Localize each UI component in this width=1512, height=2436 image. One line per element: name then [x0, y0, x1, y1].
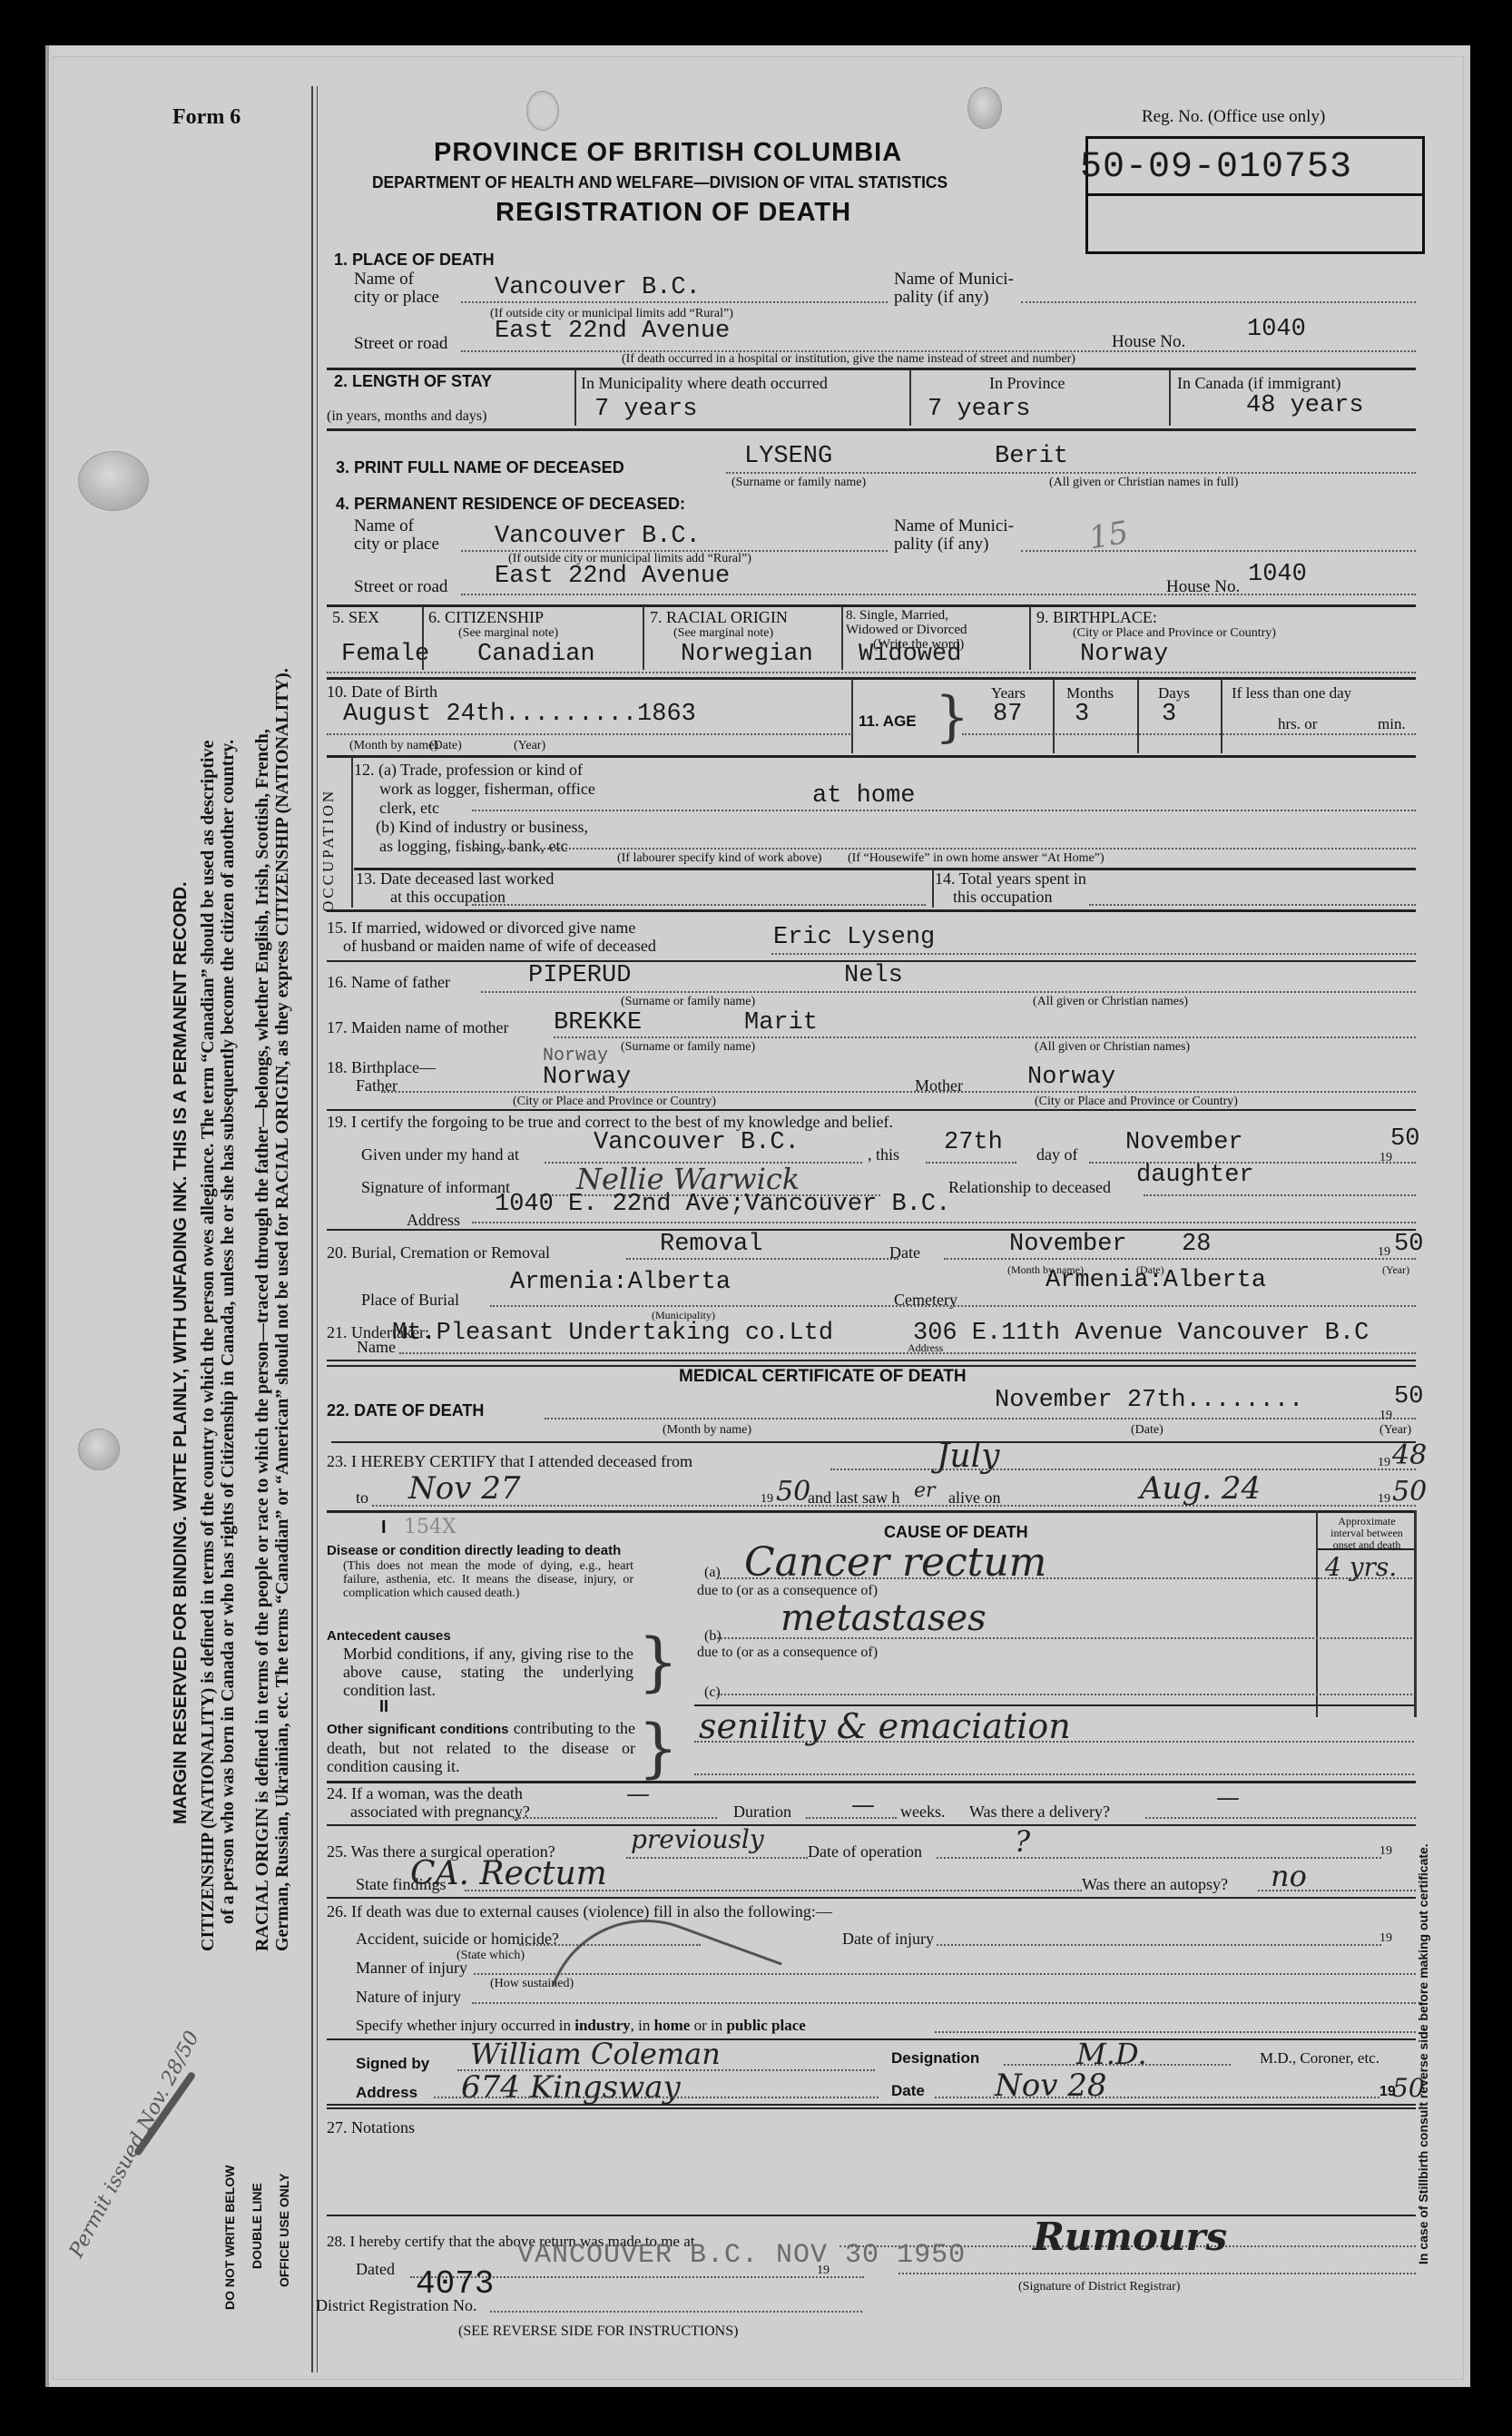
- age-months-value[interactable]: 3: [1075, 701, 1089, 728]
- stay-municipality-value[interactable]: 7 years: [594, 396, 697, 423]
- pencil-code: 154X: [404, 1516, 457, 1538]
- this-label: , this: [868, 1145, 899, 1164]
- mother-birthplace[interactable]: Norway: [1027, 1064, 1115, 1091]
- given-caption: (All given or Christian names in full): [1049, 476, 1238, 490]
- citizenship-value[interactable]: Canadian: [477, 641, 595, 668]
- dod-month-caption: (Month by name): [663, 1423, 751, 1438]
- spouse-name[interactable]: Eric Lyseng: [773, 924, 935, 951]
- due-to-b: due to (or as a consequence of): [697, 1645, 878, 1661]
- sex-value[interactable]: Female: [341, 641, 429, 668]
- age-days-label: Days: [1158, 684, 1190, 702]
- q26-label: 26. If death was due to external causes …: [327, 1902, 832, 1921]
- punch-hole: [967, 87, 1002, 129]
- certifier-year[interactable]: 50: [1392, 2073, 1425, 2103]
- sex-label: 5. SEX: [332, 608, 379, 627]
- marital-status-value[interactable]: Widowed: [859, 641, 961, 668]
- direct-cause-heading: Disease or condition directly leading to…: [327, 1543, 621, 1558]
- less-than-day-label: If less than one day: [1232, 684, 1351, 702]
- delivery-value[interactable]: —: [1216, 1784, 1240, 1812]
- to-label: to: [356, 1488, 368, 1508]
- direct-cause-note: (This does not mean the mode of dying, e…: [343, 1559, 633, 1600]
- informant-day[interactable]: 27th: [944, 1129, 1003, 1156]
- municipality-label: Name of Munici-pality (if any): [894, 270, 1014, 307]
- father-place-caption: (City or Place and Province or Country): [513, 1095, 716, 1109]
- last-alive-year[interactable]: 50: [1392, 1476, 1427, 1508]
- q20-label: 20. Burial, Cremation or Removal: [327, 1243, 550, 1262]
- dob-date-caption: (Date): [429, 739, 462, 753]
- designation-value[interactable]: M.D.: [1076, 2037, 1147, 2071]
- dod-year[interactable]: 50: [1394, 1383, 1423, 1410]
- day-of-label: day of: [1036, 1145, 1077, 1164]
- stay-canada-label: In Canada (if immigrant): [1177, 374, 1340, 393]
- q12-label: 12. (a) Trade, profession or kind of wor…: [354, 761, 595, 856]
- death-street[interactable]: East 22nd Avenue: [495, 318, 730, 345]
- binding-notice: MARGIN RESERVED FOR BINDING. WRITE PLAIN…: [171, 881, 191, 1824]
- injury-year-prefix: 19: [1379, 1931, 1392, 1946]
- relationship-label: Relationship to deceased: [948, 1178, 1111, 1197]
- last-saw-pronoun[interactable]: er: [914, 1479, 936, 1502]
- mother-given[interactable]: Marit: [744, 1009, 818, 1036]
- alive-year-prefix: 19: [1378, 1492, 1390, 1507]
- q13-label: 13. Date deceased last workedat this occ…: [356, 869, 554, 906]
- occupation-value[interactable]: at home: [812, 782, 915, 810]
- dob-month-caption: (Month by name): [349, 739, 438, 753]
- father-birthplace[interactable]: Norway: [543, 1064, 631, 1091]
- father-surname[interactable]: PIPERUD: [528, 962, 631, 989]
- double-line-label: DOUBLE LINE: [250, 2183, 264, 2269]
- cemetery-value[interactable]: Armenia:Alberta: [1046, 1267, 1266, 1294]
- title-department: DEPARTMENT OF HEALTH AND WELFARE—DIVISIO…: [372, 172, 947, 192]
- section-full-name: 3. PRINT FULL NAME OF DECEASED: [336, 458, 624, 477]
- stay-canada-value[interactable]: 48 years: [1246, 392, 1364, 419]
- certifier-date-label: Date: [891, 2082, 925, 2100]
- citizenship-note: CITIZENSHIP (NATIONALITY) is defined in …: [198, 740, 238, 1951]
- certifier-date[interactable]: Nov 28: [995, 2068, 1107, 2104]
- age-label: 11. AGE: [859, 712, 917, 731]
- father-given[interactable]: Nels: [844, 962, 903, 989]
- dod-date-caption: (Date): [1131, 1423, 1163, 1438]
- section-place-of-death: 1. PLACE OF DEATH: [334, 250, 495, 270]
- duration-label: Duration: [733, 1802, 791, 1822]
- dated-label: Dated: [356, 2260, 395, 2279]
- min-label: min.: [1378, 715, 1406, 733]
- racial-origin-sub: (See marginal note): [673, 626, 773, 641]
- district-reg-no[interactable]: 4073: [416, 2265, 494, 2303]
- burial-method[interactable]: Removal: [660, 1231, 762, 1258]
- res-municipality-label: Name of Munici-pality (if any): [894, 517, 1014, 554]
- father-given-caption: (All given or Christian names): [1033, 995, 1188, 1009]
- racial-origin-note: RACIAL ORIGIN is defined in terms of the…: [252, 668, 292, 1951]
- reverse-instructions-footer: (SEE REVERSE SIDE FOR INSTRUCTIONS): [458, 2323, 738, 2340]
- undertaker-address[interactable]: 306 E.11th Avenue Vancouver B.C: [913, 1320, 1369, 1347]
- other-brace: }: [638, 1711, 679, 1785]
- binding-margin-rule: [311, 86, 313, 2372]
- last-saw-label: and last saw h: [808, 1488, 899, 1508]
- residence-city[interactable]: Vancouver B.C.: [495, 523, 701, 550]
- cemetery-label: Cemetery: [894, 1291, 957, 1310]
- attended-from-year[interactable]: 48: [1392, 1439, 1427, 1471]
- hrs-label: hrs. or: [1278, 715, 1317, 733]
- length-of-stay-sub: (in years, months and days): [327, 408, 486, 425]
- injury-date-label: Date of injury: [842, 1930, 934, 1949]
- citizenship-sub: (See marginal note): [458, 626, 558, 641]
- section-residence: 4. PERMANENT RESIDENCE OF DECEASED:: [336, 495, 685, 514]
- dod-year-caption: (Year): [1379, 1423, 1411, 1438]
- q14-label: 14. Total years spent inthis occupation: [935, 869, 1086, 906]
- alive-on-label: alive on: [948, 1488, 1000, 1508]
- informant-month[interactable]: November: [1125, 1129, 1243, 1156]
- res-house-label: House No.: [1166, 577, 1240, 597]
- death-city[interactable]: Vancouver B.C.: [495, 274, 701, 301]
- burial-month[interactable]: November: [1009, 1231, 1127, 1258]
- q18-label: 18. Birthplace—: [327, 1058, 436, 1077]
- mother-surname-caption: (Surname or family name): [621, 1040, 755, 1055]
- residence-house-no[interactable]: 1040: [1248, 561, 1307, 588]
- form-number: Form 6: [172, 105, 241, 130]
- q16-label: 16. Name of father: [327, 973, 450, 992]
- hospital-note: (If death occurred in a hospital or inst…: [622, 352, 1075, 367]
- dated-year-prefix: 19: [817, 2264, 830, 2278]
- deceased-surname[interactable]: LYSENG: [744, 443, 832, 470]
- stay-province-value[interactable]: 7 years: [928, 396, 1030, 423]
- punch-hole: [78, 1429, 120, 1470]
- cause-c-label: (c): [704, 1685, 721, 1701]
- delivery-label: Was there a delivery?: [969, 1802, 1110, 1822]
- q17-label: 17. Maiden name of mother: [327, 1018, 508, 1037]
- section-i: I: [381, 1518, 387, 1538]
- res-city-label: Name ofcity or place: [354, 517, 439, 554]
- date-of-death-value[interactable]: November 27th........: [995, 1387, 1303, 1414]
- antecedent-note: Morbid conditions, if any, giving rise t…: [343, 1645, 633, 1699]
- autopsy-label: Was there an autopsy?: [1082, 1875, 1228, 1894]
- mother-place-caption: (City or Place and Province or Country): [1035, 1095, 1238, 1109]
- dob-label: 10. Date of Birth: [327, 683, 437, 702]
- do-not-write-below-label: DO NOT WRITE BELOW: [222, 2166, 237, 2310]
- other-conditions-label: Other significant conditions contributin…: [327, 1719, 635, 1775]
- birthplace-label: 9. BIRTHPLACE:: [1036, 608, 1157, 627]
- q15-label: 15. If married, widowed or divorced give…: [327, 918, 656, 955]
- birthplace-sub: (City or Place and Province or Country): [1073, 626, 1276, 641]
- signature-label: Signature of informant: [361, 1178, 510, 1197]
- op-date-value[interactable]: ?: [1015, 1824, 1030, 1859]
- last-seen-alive[interactable]: Aug. 24: [1140, 1470, 1261, 1507]
- from-year-prefix: 19: [1378, 1456, 1390, 1470]
- age-months-label: Months: [1066, 684, 1114, 702]
- stay-municipality-label: In Municipality where death occurred: [581, 374, 828, 393]
- certifier-address-label: Address: [356, 2084, 417, 2102]
- medical-certificate-heading: MEDICAL CERTIFICATE OF DEATH: [679, 1367, 967, 1387]
- street-label: Street or road: [354, 334, 447, 354]
- registrar-signature-caption: (Signature of District Registrar): [1018, 2280, 1180, 2294]
- burial-year[interactable]: 50: [1394, 1231, 1423, 1258]
- residence-street[interactable]: East 22nd Avenue: [495, 563, 730, 590]
- place-of-burial[interactable]: Armenia:Alberta: [510, 1269, 731, 1296]
- place-of-burial-label: Place of Burial: [361, 1291, 459, 1310]
- weeks-label: weeks.: [900, 1802, 945, 1822]
- informant-address[interactable]: 1040 E. 22nd Ave;Vancouver B.C.: [495, 1191, 950, 1218]
- office-use-only-label: OFFICE USE ONLY: [277, 2173, 291, 2287]
- undertaker-name-label: Name: [357, 1338, 396, 1357]
- dod-year-prefix: 19: [1379, 1409, 1392, 1423]
- labourer-note: (If labourer specify kind of work above): [617, 851, 821, 866]
- attended-to-year[interactable]: 50: [776, 1476, 810, 1508]
- manner-label: Manner of injury: [356, 1959, 467, 1978]
- q22-date-of-death-label: 22. DATE OF DEATH: [327, 1401, 484, 1420]
- punch-hole: [78, 451, 149, 511]
- relationship-value[interactable]: daughter: [1136, 1162, 1254, 1189]
- age-brace: }: [935, 685, 969, 749]
- informant-address-label: Address: [407, 1211, 460, 1230]
- title-province: PROVINCE OF BRITISH COLUMBIA: [434, 138, 902, 168]
- autopsy-value[interactable]: no: [1271, 1859, 1307, 1893]
- surgical-operation-value[interactable]: previously: [631, 1824, 764, 1854]
- dob-year-caption: (Year): [514, 739, 545, 753]
- burial-year-prefix: 19: [1378, 1245, 1390, 1260]
- registrar-signature[interactable]: Rumours: [1033, 2215, 1227, 2259]
- punch-hole: [526, 91, 559, 131]
- age-years-label: Years: [991, 684, 1026, 702]
- house-label: House No.: [1112, 332, 1185, 352]
- q24-label: 24. If a woman, was the deathassociated …: [327, 1784, 530, 1821]
- mother-surname[interactable]: BREKKE: [554, 1009, 642, 1036]
- nature-label: Nature of injury: [356, 1988, 461, 2007]
- binding-margin-rule-inner: [317, 86, 318, 2372]
- cause-b-value[interactable]: metastases: [781, 1597, 987, 1639]
- burial-year-caption: (Year): [1382, 1263, 1409, 1277]
- op-year-prefix: 19: [1379, 1844, 1392, 1859]
- signed-by-label: Signed by: [356, 2055, 429, 2073]
- certifier-signature[interactable]: William Coleman: [470, 2037, 721, 2071]
- op-date-label: Date of operation: [808, 1842, 922, 1861]
- occupation-side-label: OCCUPATION: [319, 789, 338, 912]
- age-years-value[interactable]: 87: [993, 701, 1022, 728]
- deceased-given-names[interactable]: Berit: [995, 443, 1068, 470]
- notations-label: 27. Notations: [327, 2118, 415, 2137]
- surname-caption: (Surname or family name): [731, 476, 866, 490]
- to-year-prefix: 19: [761, 1492, 773, 1507]
- designation-label: Designation: [891, 2049, 979, 2068]
- date-of-birth-value[interactable]: August 24th.........1863: [343, 701, 696, 728]
- designation-hint: M.D., Coroner, etc.: [1260, 2049, 1379, 2068]
- housewife-note: (If “Housewife” in own home answer “At H…: [848, 851, 1105, 866]
- attended-to[interactable]: Nov 27: [408, 1470, 521, 1507]
- burial-date-label: Date: [889, 1243, 920, 1262]
- birthplace-value[interactable]: Norway: [1080, 641, 1168, 668]
- burial-day[interactable]: 28: [1182, 1231, 1211, 1258]
- title-registration: REGISTRATION OF DEATH: [496, 198, 851, 228]
- findings-value[interactable]: CA. Rectum: [410, 1855, 607, 1892]
- reg-no: 50-09-010753: [1080, 147, 1352, 188]
- racial-origin-label: 7. RACIAL ORIGIN: [650, 608, 788, 627]
- pregnancy-value[interactable]: —: [626, 1781, 650, 1808]
- informant-year[interactable]: 50: [1390, 1125, 1419, 1153]
- reg-no-label: Reg. No. (Office use only): [1142, 107, 1325, 127]
- duration-value[interactable]: —: [851, 1792, 875, 1819]
- q23-label: 23. I HEREBY CERTIFY that I attended dec…: [327, 1452, 692, 1471]
- res-street-label: Street or road: [354, 577, 447, 597]
- antecedent-brace: }: [638, 1625, 679, 1699]
- father-surname-caption: (Surname or family name): [621, 995, 755, 1009]
- racial-origin-value[interactable]: Norwegian: [681, 641, 813, 668]
- section-length-of-stay: 2. LENGTH OF STAY: [334, 372, 492, 391]
- cause-b-label: (b): [704, 1628, 722, 1645]
- section-ii: II: [379, 1697, 388, 1716]
- interval-heading: Approximate interval between onset and d…: [1321, 1516, 1413, 1551]
- undertaker-name[interactable]: Mt.Pleasant Undertaking co.Ltd: [392, 1320, 833, 1347]
- injury-location-label: Specify whether injury occurred in indus…: [356, 2017, 806, 2035]
- stay-province-label: In Province: [989, 374, 1065, 393]
- given-at-value[interactable]: Vancouver B.C.: [594, 1129, 800, 1156]
- stillbirth-note: In case of Stillbirth consult reverse si…: [1416, 1843, 1430, 2264]
- citizenship-label: 6. CITIZENSHIP: [428, 608, 544, 627]
- year-prefix: 19: [1379, 1151, 1392, 1165]
- antecedent-heading: Antecedent causes: [327, 1628, 451, 1644]
- received-stamp: VANCOUVER B.C. NOV 30 1950: [517, 2240, 966, 2271]
- age-days-value[interactable]: 3: [1162, 701, 1176, 728]
- city-label: Name ofcity or place: [354, 270, 439, 307]
- mother-given-caption: (All given or Christian names): [1035, 1040, 1190, 1055]
- given-at-label: Given under my hand at: [361, 1145, 519, 1164]
- death-house-no[interactable]: 1040: [1247, 316, 1306, 343]
- birthplace-mother-label: Mother: [915, 1076, 963, 1095]
- certifier-address[interactable]: 674 Kingsway: [461, 2069, 681, 2106]
